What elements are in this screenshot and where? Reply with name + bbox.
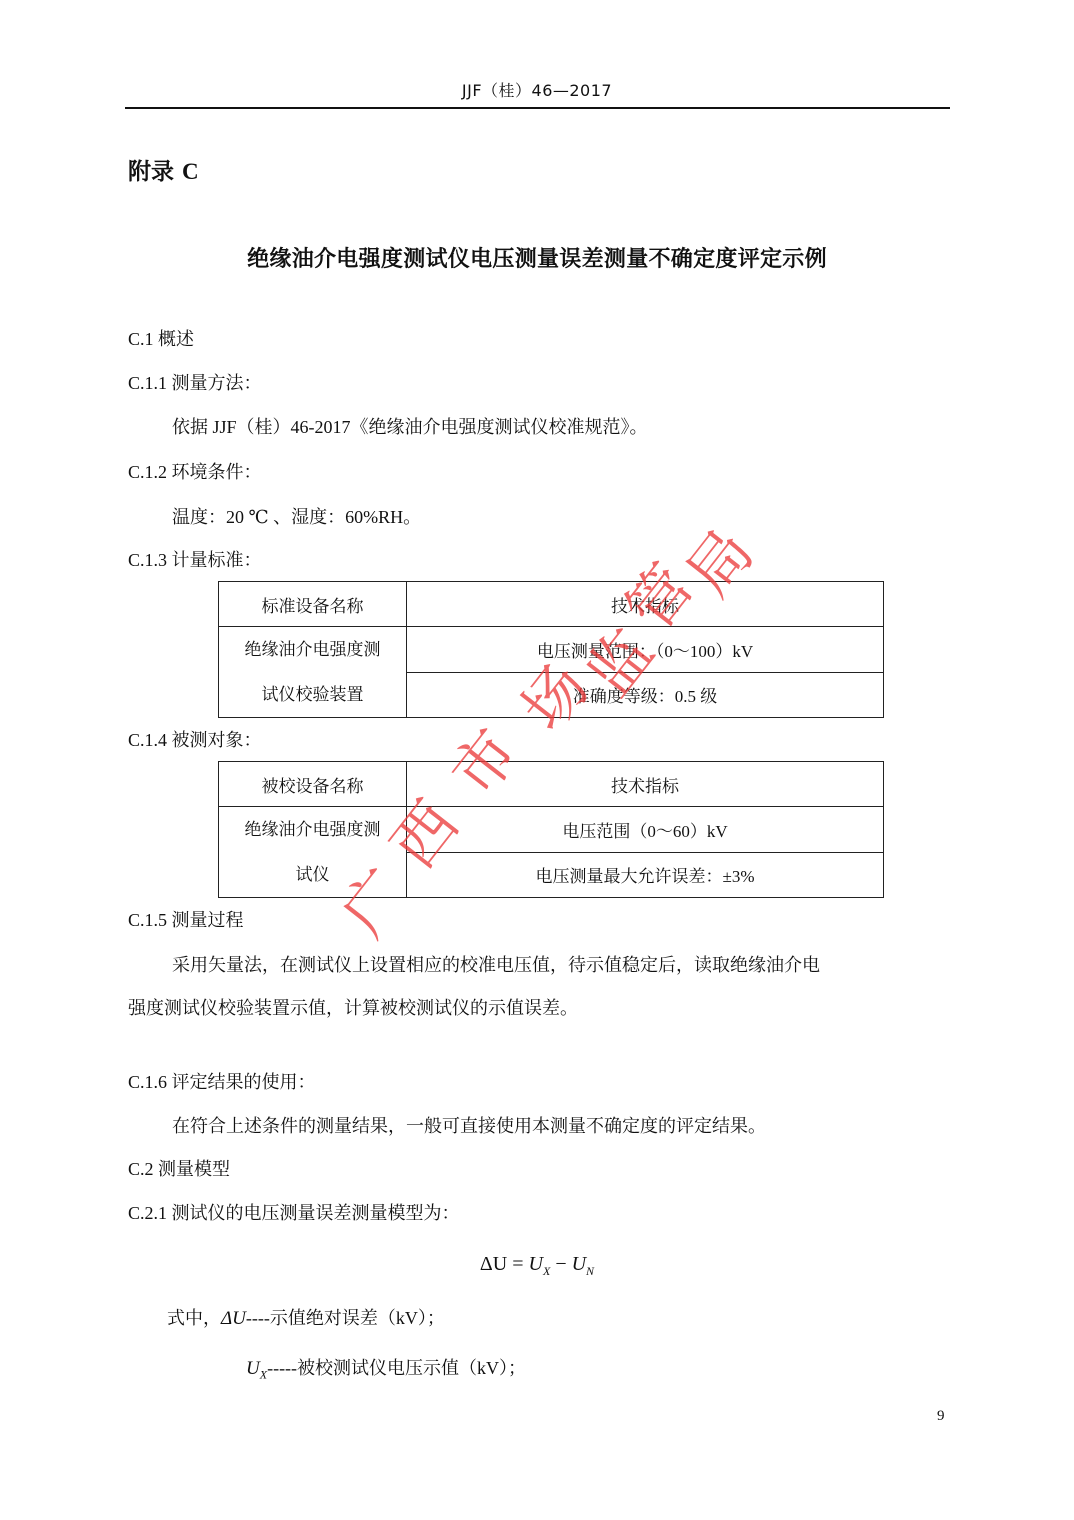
formula-sub-n: N: [586, 1264, 594, 1278]
device-name-line: 试仪校验装置: [219, 672, 406, 717]
section-body-c1-6: 在符合上述条件的测量结果，一般可直接使用本测量不确定度的评定结果。: [172, 1115, 766, 1137]
section-body-c1-5-line2: 强度测试仪校验装置示值，计算被校测试仪的示值误差。: [128, 997, 578, 1019]
formula-minus: −: [550, 1253, 571, 1275]
section-body-c1-2: 温度：20 ℃ 、湿度：60%RH。: [172, 506, 421, 528]
test-object-table: 被校设备名称 技术指标 绝缘油介电强度测 试仪 电压范围（0～60）kV 电压测…: [218, 761, 884, 898]
section-body-c1-1: 依据 JJF（桂）46-2017《绝缘油介电强度测试仪校准规范》。: [172, 416, 648, 438]
measurement-model-formula: ΔU = UX − UN: [0, 1253, 1074, 1279]
section-heading-c1-1: C.1.1 测量方法：: [128, 372, 262, 394]
table-header-cell: 标准设备名称: [219, 582, 407, 627]
table-header-cell: 技术指标: [407, 762, 884, 807]
spec-cell: 电压测量范围：（0～100）kV: [407, 627, 884, 673]
definition-ux: UX-----被校测试仪电压示值（kV）；: [246, 1357, 526, 1386]
table-header-row: 标准设备名称 技术指标: [219, 582, 884, 627]
section-heading-c2: C.2 测量模型: [128, 1158, 230, 1180]
formula-u: U: [529, 1253, 543, 1275]
appendix-letter: C: [182, 159, 199, 184]
standard-equipment-table: 标准设备名称 技术指标 绝缘油介电强度测 试仪校验装置 电压测量范围：（0～10…: [218, 581, 884, 718]
formula-lhs: ΔU: [480, 1253, 507, 1275]
table-header-cell: 被校设备名称: [219, 762, 407, 807]
section-heading-c1-2: C.1.2 环境条件：: [128, 461, 262, 483]
table-header-cell: 技术指标: [407, 582, 884, 627]
table-row: 绝缘油介电强度测 试仪校验装置 电压测量范围：（0～100）kV: [219, 627, 884, 673]
spec-cell: 准确度等级：0.5 级: [407, 672, 884, 718]
appendix-title: 附录 C: [128, 153, 199, 186]
delta-u-description: ----示值绝对误差（kV）；: [246, 1308, 445, 1328]
definition-delta-u: 式中，ΔU----示值绝对误差（kV）；: [167, 1307, 445, 1330]
section-heading-c2-1: C.2.1 测试仪的电压测量误差测量模型为：: [128, 1202, 460, 1224]
section-heading-c1-6: C.1.6 评定结果的使用：: [128, 1071, 316, 1093]
ux-subscript: X: [260, 1368, 267, 1382]
section-heading-c1-4: C.1.4 被测对象：: [128, 729, 262, 751]
definition-intro: 式中，: [167, 1308, 221, 1328]
page-number: 9: [937, 1408, 945, 1425]
ux-symbol: U: [246, 1358, 260, 1379]
device-name-cell: 绝缘油介电强度测 试仪校验装置: [219, 627, 407, 718]
section-heading-c1-3: C.1.3 计量标准：: [128, 549, 262, 571]
device-name-line: 绝缘油介电强度测: [219, 627, 406, 672]
formula-u: U: [572, 1253, 586, 1275]
running-header: JJF（桂）46—2017: [0, 78, 1074, 101]
delta-u-symbol: ΔU: [221, 1308, 246, 1329]
table-row: 绝缘油介电强度测 试仪 电压范围（0～60）kV: [219, 807, 884, 853]
section-heading-c1-5: C.1.5 测量过程: [128, 909, 244, 931]
table-header-row: 被校设备名称 技术指标: [219, 762, 884, 807]
document-title: 绝缘油介电强度测试仪电压测量误差测量不确定度评定示例: [0, 242, 1074, 273]
ux-description: -----被校测试仪电压示值（kV）；: [267, 1358, 526, 1378]
device-name-line: 试仪: [219, 852, 406, 897]
spec-cell: 电压测量最大允许误差：±3%: [407, 852, 884, 898]
formula-equals: =: [507, 1253, 528, 1275]
section-heading-c1: C.1 概述: [128, 328, 194, 350]
appendix-label: 附录: [128, 159, 174, 185]
spec-cell: 电压范围（0～60）kV: [407, 807, 884, 853]
section-body-c1-5-line1: 采用矢量法，在测试仪上设置相应的校准电压值，待示值稳定后，读取绝缘油介电: [172, 954, 820, 976]
header-rule: [125, 107, 950, 109]
device-name-line: 绝缘油介电强度测: [219, 807, 406, 852]
device-name-cell: 绝缘油介电强度测 试仪: [219, 807, 407, 898]
